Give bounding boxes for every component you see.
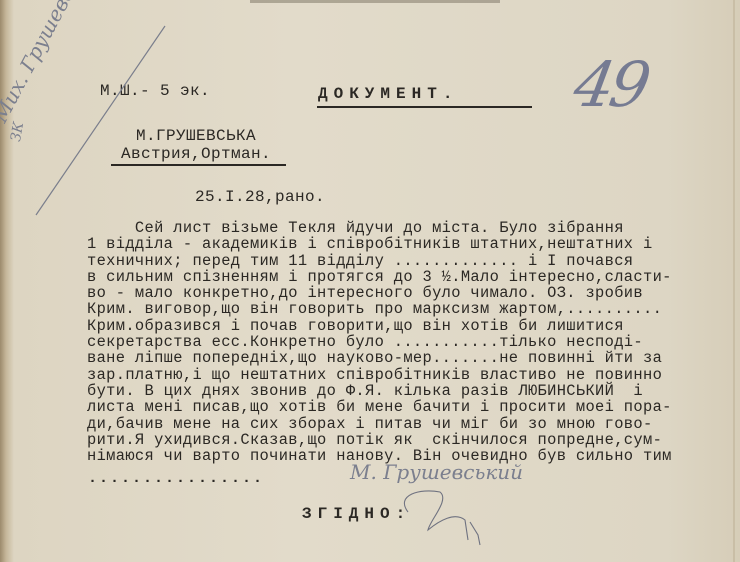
diagonal-pencil-line: [36, 26, 165, 215]
initials-scribble: [404, 491, 480, 545]
document-page: М.Ш.- 5 эк. ДОКУМЕНТ. М.ГРУШЕВСЬКА Австр…: [0, 0, 740, 562]
pencil-strokes: [0, 0, 740, 562]
